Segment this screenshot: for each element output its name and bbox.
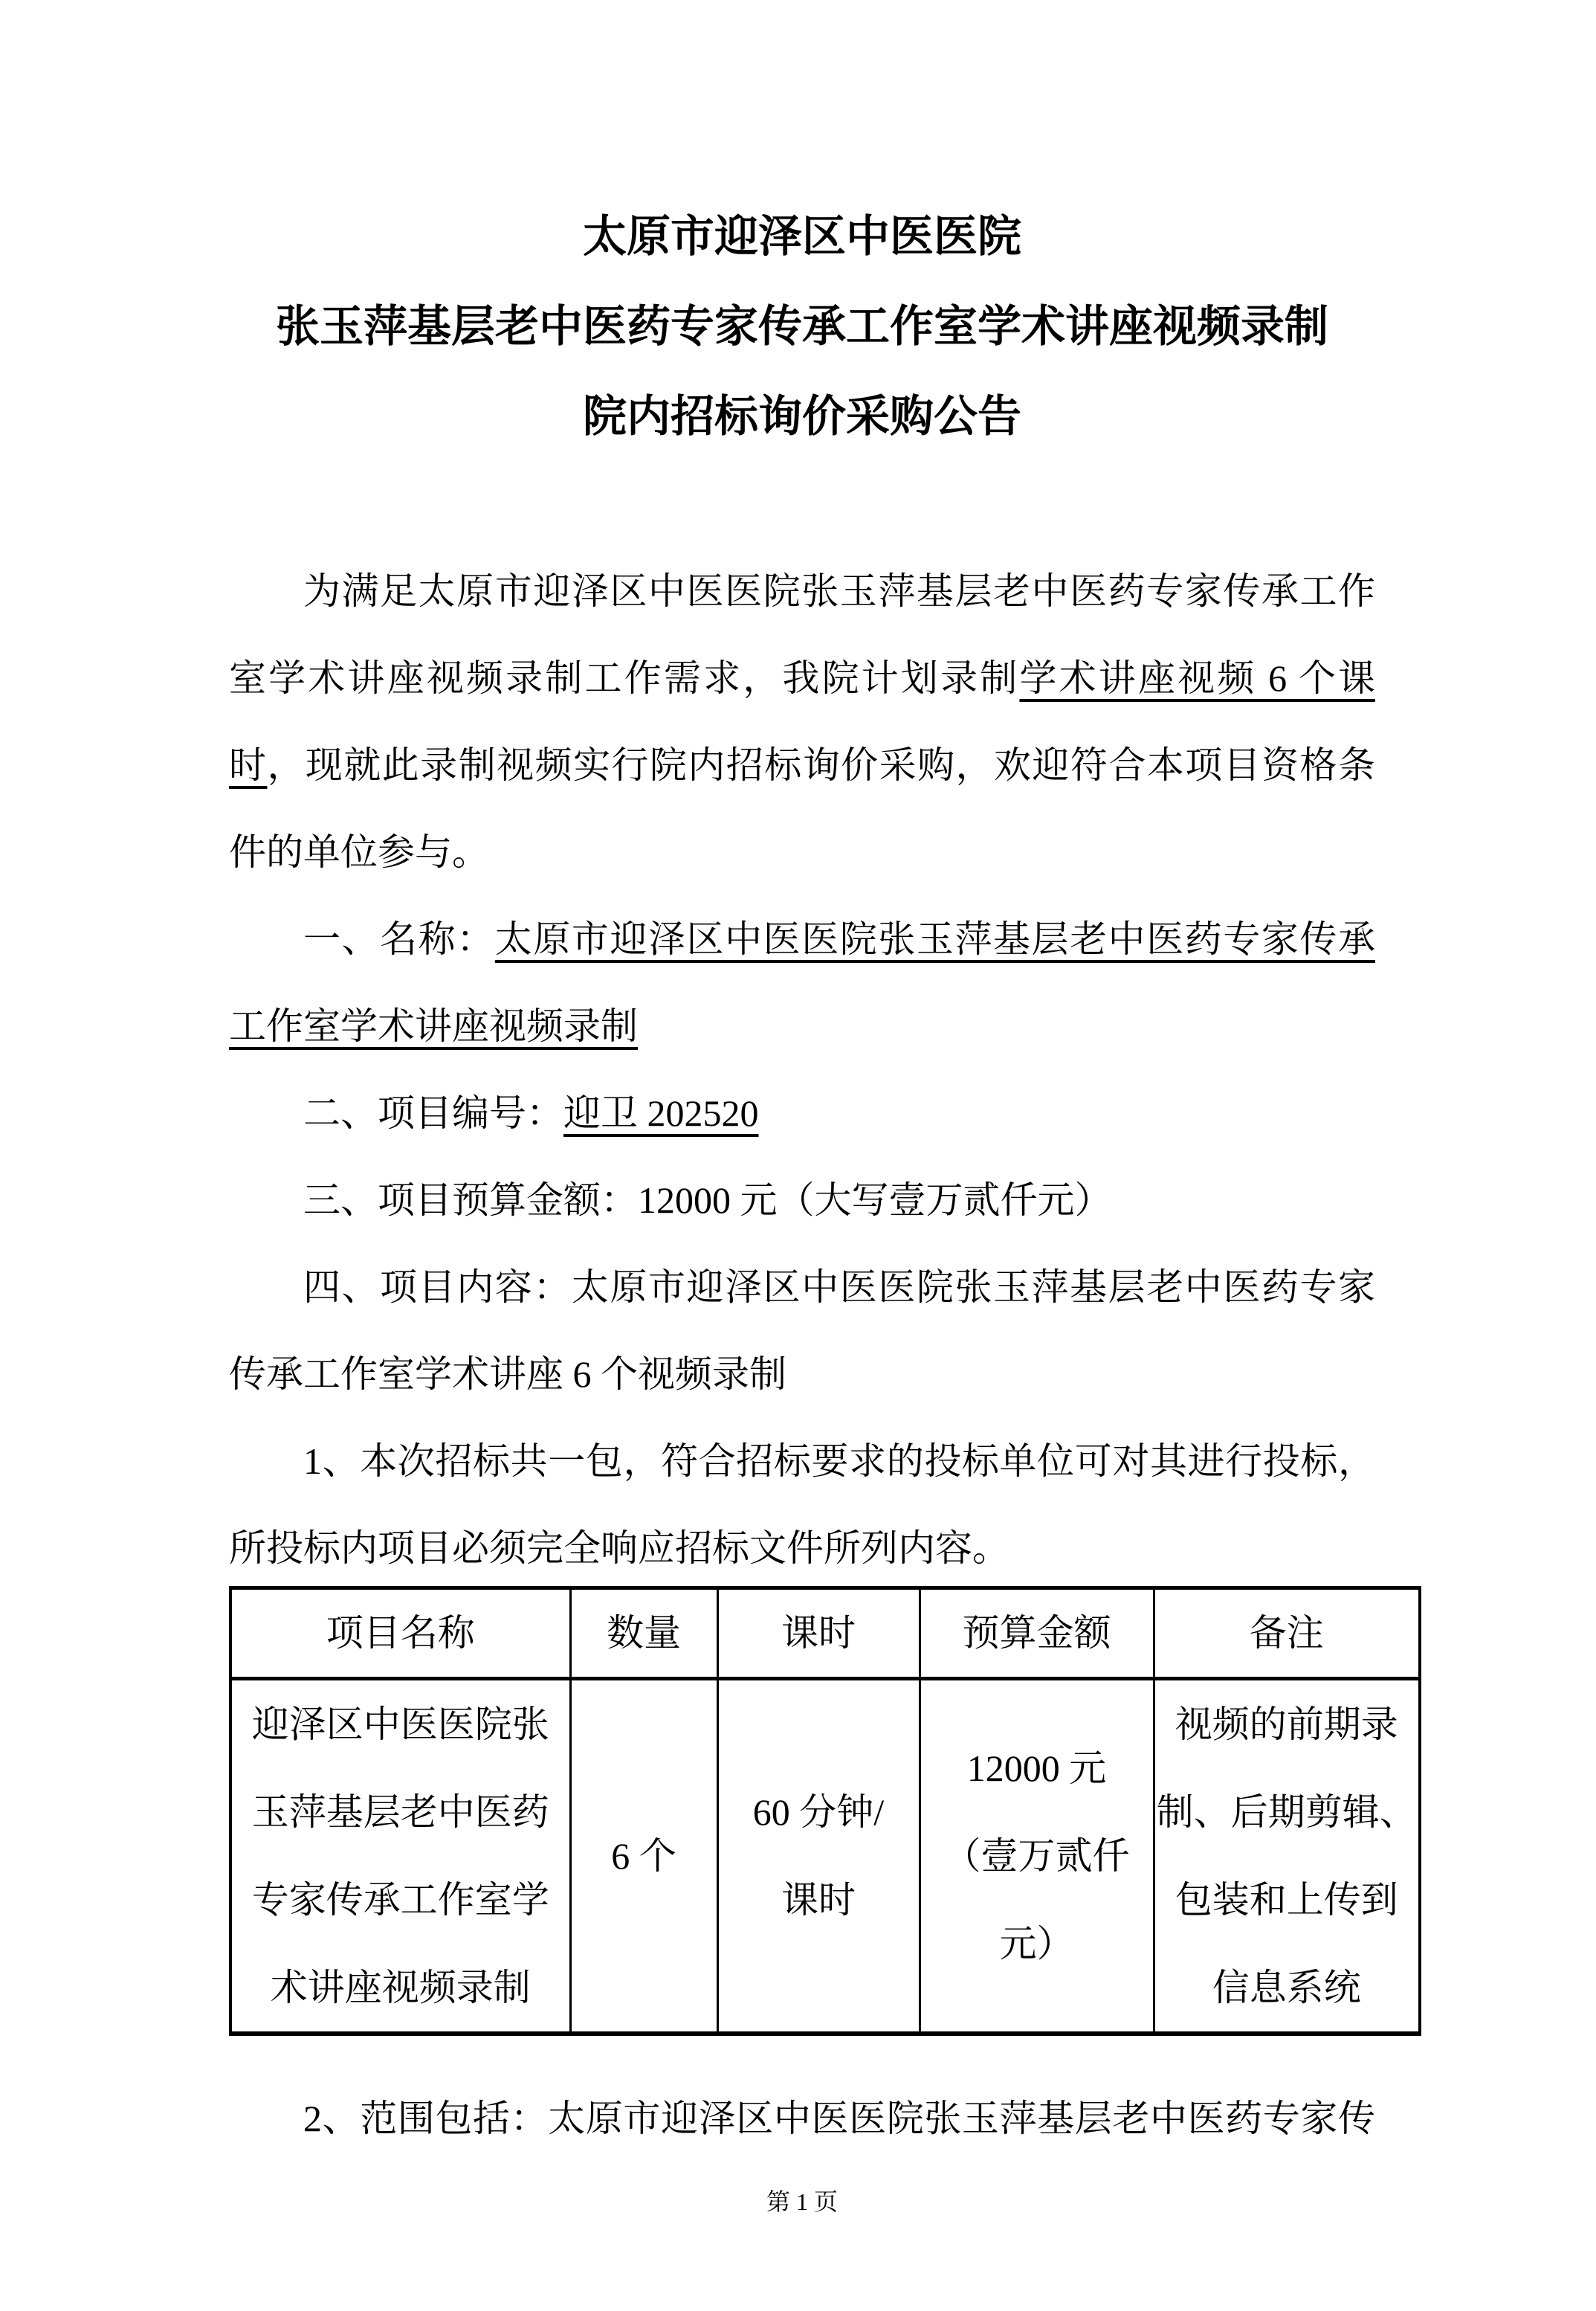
budget-line: （壹万贰仟 <box>921 1812 1153 1900</box>
remark-line: 制、后期剪辑、 <box>1155 1768 1419 1856</box>
intro-paragraph-line-1: 为满足太原市迎泽区中医医院张玉萍基层老中医药专家传承工作 <box>229 548 1375 635</box>
table-cell-project-name: 迎泽区中医医院张 玉萍基层老中医药 专家传承工作室学 术讲座视频录制 <box>230 1679 570 2034</box>
table-cell-budget: 12000 元 （壹万贰仟 元） <box>920 1679 1154 2034</box>
section-2-label: 二、项目编号： <box>303 1092 563 1134</box>
section-1-value-underlined-2: 工作室学术讲座视频录制 <box>229 1005 638 1047</box>
table-cell-duration: 60 分钟/ 课时 <box>717 1679 920 2034</box>
intro-line-3-underlined-text: 时 <box>229 744 267 786</box>
intro-paragraph-line-3: 时，现就此录制视频实行院内招标询价采购，欢迎符合本项目资格条 <box>229 722 1375 809</box>
section-4-content-line-2: 传承工作室学术讲座 6 个视频录制 <box>229 1331 1375 1418</box>
clause-1-line-1: 1、本次招标共一包，符合招标要求的投标单位可对其进行投标， <box>229 1418 1375 1505</box>
section-1-label: 一、名称： <box>303 918 495 960</box>
table-header-quantity: 数量 <box>570 1588 717 1679</box>
intro-paragraph-line-2: 室学术讲座视频录制工作需求，我院计划录制学术讲座视频 6 个课 <box>229 635 1375 722</box>
document-title-line-1: 太原市迎泽区中医医院 <box>229 192 1375 282</box>
duration-line: 课时 <box>719 1856 919 1944</box>
table-row: 迎泽区中医医院张 玉萍基层老中医药 专家传承工作室学 术讲座视频录制 6 个 6… <box>230 1679 1420 2034</box>
section-1-name-line-2: 工作室学术讲座视频录制 <box>229 983 1375 1070</box>
remark-line: 信息系统 <box>1155 1944 1419 2031</box>
intro-paragraph-line-4: 件的单位参与。 <box>229 809 1375 896</box>
table-cell-remark: 视频的前期录 制、后期剪辑、 包装和上传到 信息系统 <box>1154 1679 1420 2034</box>
budget-line: 12000 元 <box>921 1724 1153 1812</box>
intro-line-2-underlined-text: 学术讲座视频 6 个课 <box>1019 657 1375 699</box>
intro-line-2-text: 室学术讲座视频录制工作需求，我院计划录制 <box>229 657 1019 699</box>
table-header-duration: 课时 <box>717 1588 920 1679</box>
section-1-name-line-1: 一、名称：太原市迎泽区中医医院张玉萍基层老中医药专家传承 <box>229 896 1375 983</box>
remark-line: 视频的前期录 <box>1155 1680 1419 1768</box>
table-cell-quantity: 6 个 <box>570 1679 717 2034</box>
project-name-line: 玉萍基层老中医药 <box>232 1768 569 1856</box>
document-title-line-2: 张玉萍基层老中医药专家传承工作室学术讲座视频录制 <box>229 282 1375 372</box>
intro-line-3-text: ，现就此录制视频实行院内招标询价采购，欢迎符合本项目资格条 <box>267 744 1375 786</box>
clause-1-line-2: 所投标内项目必须完全响应招标文件所列内容。 <box>229 1505 1375 1592</box>
section-3-budget: 三、项目预算金额：12000 元（大写壹万贰仟元） <box>229 1157 1375 1244</box>
section-2-value-underlined: 迎卫 202520 <box>563 1092 759 1134</box>
document-title: 太原市迎泽区中医医院 张玉萍基层老中医药专家传承工作室学术讲座视频录制 院内招标… <box>229 192 1375 462</box>
budget-line: 元） <box>921 1900 1153 1988</box>
section-4-content-line-1: 四、项目内容：太原市迎泽区中医医院张玉萍基层老中医药专家 <box>229 1244 1375 1331</box>
table-header-budget: 预算金额 <box>920 1588 1154 1679</box>
remark-line: 包装和上传到 <box>1155 1856 1419 1944</box>
page-number: 第 1 页 <box>229 2187 1375 2217</box>
section-1-value-underlined-1: 太原市迎泽区中医医院张玉萍基层老中医药专家传承 <box>495 918 1375 960</box>
table-header-row: 项目名称 数量 课时 预算金额 备注 <box>230 1588 1420 1679</box>
project-name-line: 迎泽区中医医院张 <box>232 1680 569 1768</box>
table-header-project-name: 项目名称 <box>230 1588 570 1679</box>
quantity-value: 6 个 <box>572 1812 717 1900</box>
document-title-line-3: 院内招标询价采购公告 <box>229 372 1375 462</box>
section-2-project-number: 二、项目编号：迎卫 202520 <box>229 1070 1375 1157</box>
duration-line: 60 分钟/ <box>719 1768 919 1856</box>
clause-2-line-1: 2、范围包括：太原市迎泽区中医医院张玉萍基层老中医药专家传 <box>229 2075 1375 2162</box>
document-body: 为满足太原市迎泽区中医医院张玉萍基层老中医药专家传承工作 室学术讲座视频录制工作… <box>229 548 1375 2217</box>
document-page: 太原市迎泽区中医医院 张玉萍基层老中医药专家传承工作室学术讲座视频录制 院内招标… <box>0 0 1596 2311</box>
table-header-remark: 备注 <box>1154 1588 1420 1679</box>
procurement-table: 项目名称 数量 课时 预算金额 备注 迎泽区中医医院张 玉萍基层老中医药 专家传… <box>229 1586 1421 2036</box>
project-name-line: 专家传承工作室学 <box>232 1856 569 1944</box>
project-name-line: 术讲座视频录制 <box>232 1944 569 2031</box>
